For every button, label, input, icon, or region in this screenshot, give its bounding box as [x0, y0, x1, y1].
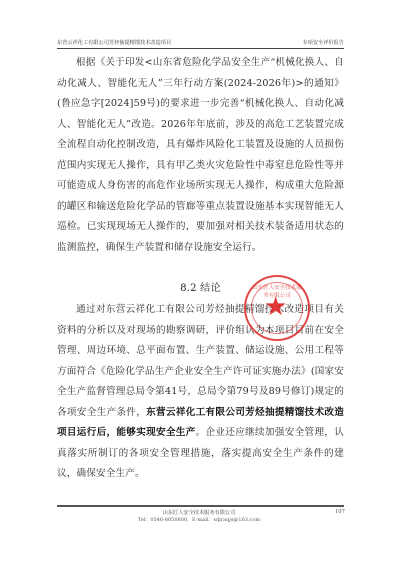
- page-number: 107: [335, 509, 345, 515]
- header-report-type: 专项安全评价报告: [302, 39, 344, 46]
- company-seal-stamp: 山东匠人安全技术服务有限公司 ★: [244, 275, 310, 341]
- header-project-title: 东营云祥化工有限公司芳烃抽提精馏技术改造项目: [57, 39, 171, 46]
- footer-divider: [57, 505, 344, 507]
- star-icon: ★: [264, 294, 287, 320]
- page-header: 东营云祥化工有限公司芳烃抽提精馏技术改造项目 专项安全评价报告: [57, 38, 344, 49]
- document-body: 根据《关于印发<山东省危险化学品安全生产“机械化换人、自动化减人、智能化无人”三…: [57, 53, 344, 485]
- paragraph-requirements: 根据《关于印发<山东省危险化学品安全生产“机械化换人、自动化减人、智能化无人”三…: [57, 53, 344, 258]
- footer-contact-info: Tel：0546-8050800，E-mail：sdjraqjs@163.com: [0, 516, 398, 523]
